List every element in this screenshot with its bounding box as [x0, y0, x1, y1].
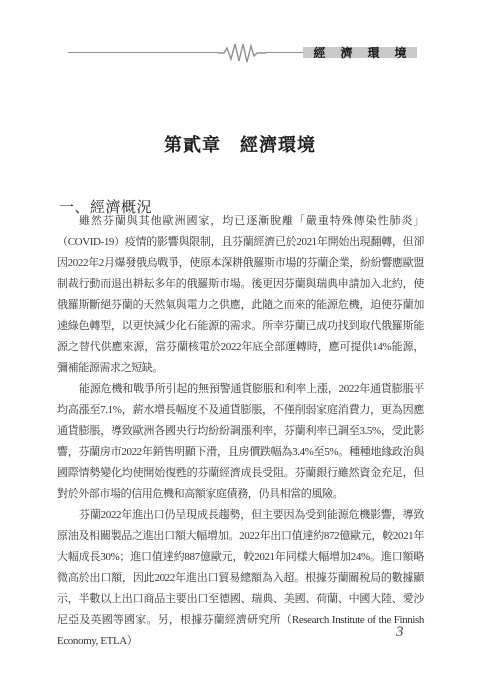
- body-paragraph-3: 芬蘭2022年進出口仍呈現成長趨勢，但主要因為受到能源危機影響，導致原油及相關製…: [57, 505, 424, 652]
- ecg-waveform-icon: [218, 40, 266, 66]
- chapter-title: 第貳章 經濟環境: [0, 131, 480, 157]
- running-title: 經濟環境: [299, 44, 422, 61]
- running-title-band: 經濟環境: [303, 47, 417, 58]
- running-header: 經濟環境: [68, 40, 424, 64]
- body-paragraph-2: 能源危機和戰爭所引起的無預警通貨膨脹和利率上漲，2022年通貨膨脹平均高漲至7.…: [57, 379, 424, 505]
- page-number: 3: [396, 624, 404, 641]
- header-rule-left: [68, 52, 218, 53]
- body-text: 雖然芬蘭與其他歐洲國家，均已逐漸脫離「嚴重特殊傳染性肺炎」（COVID-19）疫…: [57, 211, 424, 652]
- header-rule-right: [266, 52, 303, 53]
- body-paragraph-1: 雖然芬蘭與其他歐洲國家，均已逐漸脫離「嚴重特殊傳染性肺炎」（COVID-19）疫…: [57, 211, 424, 379]
- document-page: 經濟環境 第貳章 經濟環境 一、經濟概況 雖然芬蘭與其他歐洲國家，均已逐漸脫離「…: [0, 0, 480, 679]
